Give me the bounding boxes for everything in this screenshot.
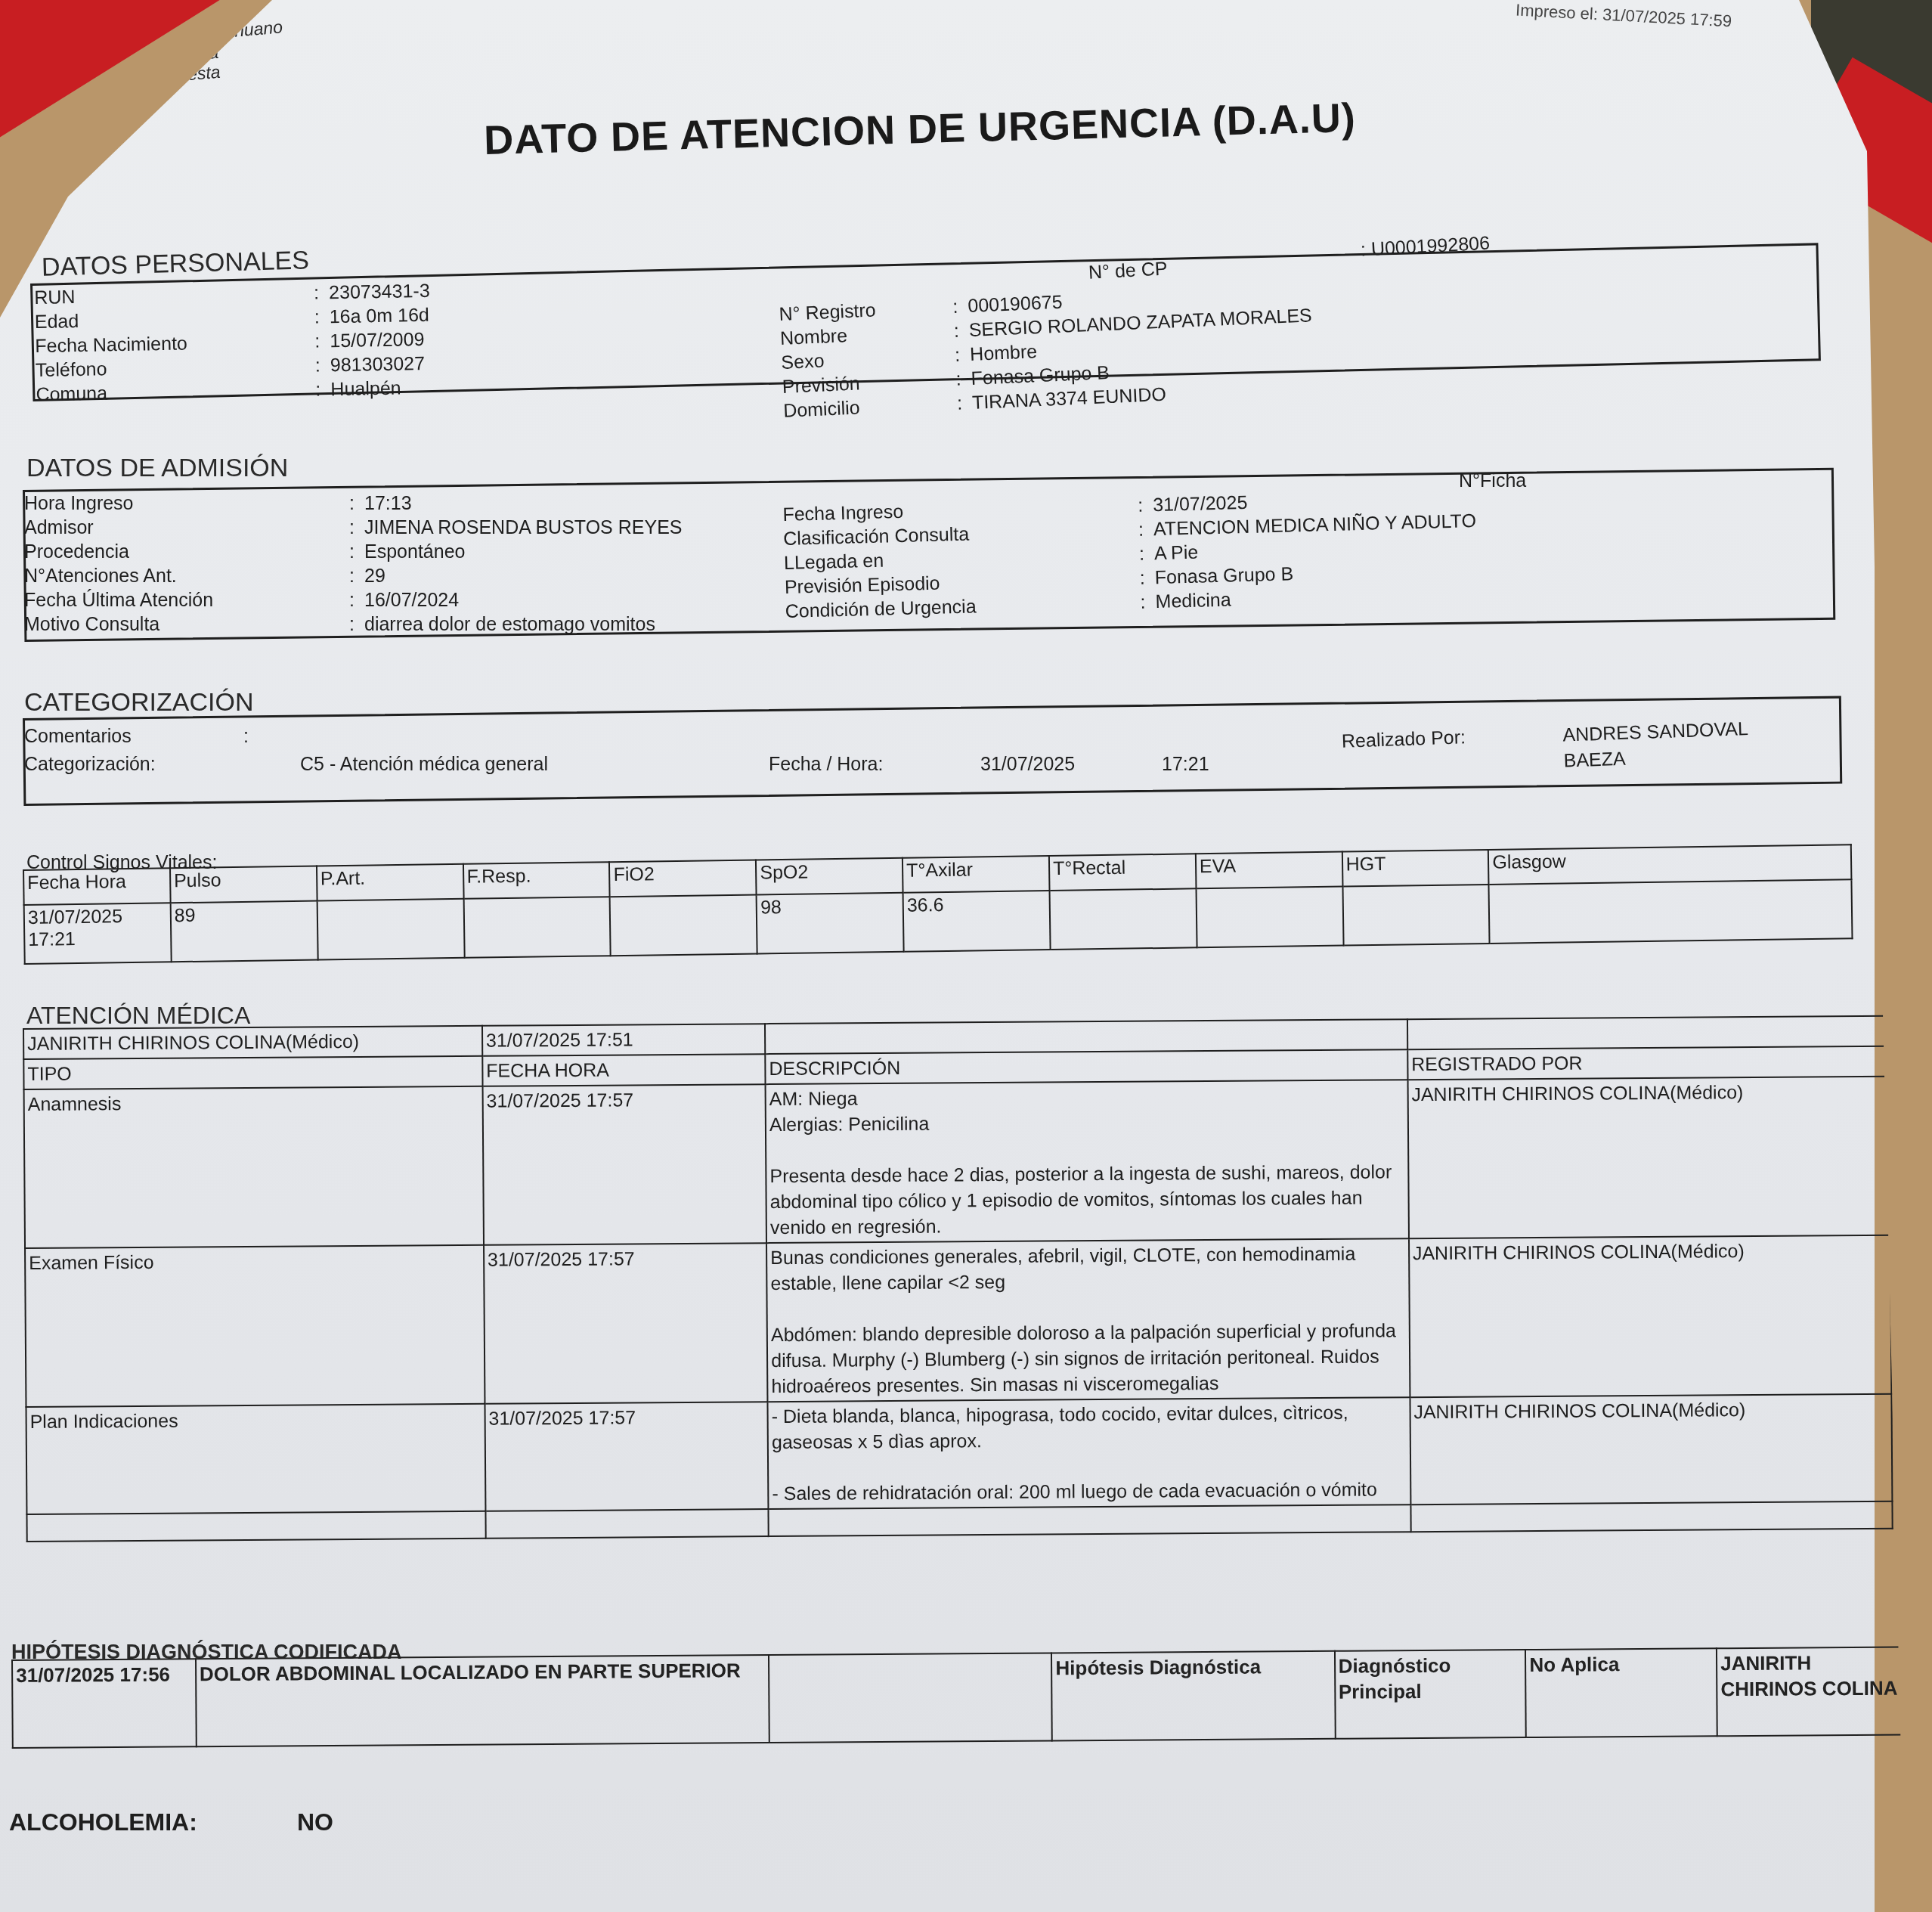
vitals-cell xyxy=(1489,879,1853,944)
comments-label: Comentarios xyxy=(24,724,243,748)
admission-section-title: DATOS DE ADMISIÓN xyxy=(26,454,288,483)
attending-datetime: 31/07/2025 17:51 xyxy=(482,1024,766,1056)
vitals-cell xyxy=(317,899,464,960)
vitals-cell xyxy=(610,894,757,956)
field-label: Procedencia xyxy=(24,540,349,564)
vitals-cell xyxy=(1196,887,1343,948)
field-label: Motivo Consulta xyxy=(24,612,349,637)
categorization-date: 31/07/2025 xyxy=(980,752,1162,776)
entry-description: - Dieta blanda, blanca, hipograsa, todo … xyxy=(768,1397,1411,1509)
empty-cell xyxy=(765,1019,1407,1054)
vitals-cell: 36.6 xyxy=(903,891,1051,952)
hypothesis-table: 31/07/2025 17:56 DOLOR ABDOMINAL LOCALIZ… xyxy=(11,1646,1909,1749)
field-value: JIMENA ROSENDA BUSTOS REYES xyxy=(364,516,682,540)
field-label: Hora Ingreso xyxy=(24,491,349,516)
entry-type: Examen Físico xyxy=(25,1245,485,1407)
vitals-header: Pulso xyxy=(170,866,317,903)
admission-left-fields: Hora Ingreso:17:13 Admisor:JIMENA ROSEND… xyxy=(24,491,682,637)
personal-right-fields: N° Registro:000190675 Nombre:SERGIO ROLA… xyxy=(779,279,1316,423)
printed-label: Impreso el: xyxy=(1516,1,1599,24)
field-value: Hombre xyxy=(970,339,1038,367)
vitals-header: Fecha Hora xyxy=(23,868,170,905)
datetime-label: Fecha / Hora: xyxy=(769,752,980,776)
hypothesis-code xyxy=(769,1653,1052,1743)
field-value: 17:13 xyxy=(364,491,412,516)
vitals-header: P.Art. xyxy=(317,864,463,901)
entry-description: AM: Niega Alergias: Penicilina Presenta … xyxy=(766,1080,1409,1243)
entry-datetime: 31/07/2025 17:57 xyxy=(484,1243,768,1404)
comments-row: Comentarios: xyxy=(24,724,259,748)
vitals-cell: 31/07/2025 17:21 xyxy=(24,903,172,964)
alcohol-value: NO xyxy=(297,1808,333,1836)
hypothesis-datetime: 31/07/2025 17:56 xyxy=(12,1659,197,1748)
field-value: Hualpén xyxy=(330,377,401,402)
attending-doctor: JANIRITH CHIRINOS COLINA(Médico) xyxy=(23,1026,482,1059)
personal-section-title: DATOS PERSONALES xyxy=(42,246,310,282)
categorization-time: 17:21 xyxy=(1162,752,1343,776)
vitals-header: EVA xyxy=(1196,852,1342,889)
document-page: Ministerio de Salud Servicio Salud Talca… xyxy=(0,0,1875,1912)
field-value: 16a 0m 16d xyxy=(329,303,429,329)
field-label: Fecha Última Atención xyxy=(24,588,349,612)
field-value: 29 xyxy=(364,564,385,588)
field-value: Espontáneo xyxy=(364,540,465,564)
hypothesis-principal: Diagnóstico Principal xyxy=(1334,1650,1526,1739)
entry-type: Anamnesis xyxy=(24,1086,484,1248)
col-header-fecha: FECHA HORA xyxy=(482,1054,766,1086)
field-value: 15/07/2009 xyxy=(330,327,425,353)
empty-cell xyxy=(1410,1501,1893,1532)
entry-registered-by: JANIRITH CHIRINOS COLINA(Médico) xyxy=(1409,1235,1892,1397)
col-header-registrado: REGISTRADO POR xyxy=(1407,1046,1890,1080)
printed-timestamp: Impreso el: 31/07/2025 17:59 xyxy=(1516,1,1732,32)
vitals-header: FiO2 xyxy=(609,860,756,897)
medical-entry-row: Plan Indicaciones 31/07/2025 17:57 - Die… xyxy=(26,1394,1892,1514)
admission-right-fields: Fecha Ingreso:31/07/2025 Clasificación C… xyxy=(782,485,1478,624)
entry-type: Plan Indicaciones xyxy=(26,1404,485,1514)
document-title: DATO DE ATENCION DE URGENCIA (D.A.U) xyxy=(483,95,1356,164)
hypothesis-diagnosis: DOLOR ABDOMINAL LOCALIZADO EN PARTE SUPE… xyxy=(196,1655,769,1746)
field-value: 16/07/2024 xyxy=(364,588,459,612)
field-label: N°Atenciones Ant. xyxy=(24,564,349,588)
medical-section-title: ATENCIÓN MÉDICA xyxy=(26,1002,250,1030)
field-value: A Pie xyxy=(1154,541,1199,566)
empty-cell xyxy=(26,1511,485,1542)
empty-cell xyxy=(485,1509,768,1539)
field-value: Medicina xyxy=(1155,588,1231,615)
vitals-header: SpO2 xyxy=(756,858,903,895)
vitals-cell xyxy=(1342,885,1490,946)
alcohol-field: ALCOHOLEMIA: NO xyxy=(9,1808,333,1836)
entry-datetime: 31/07/2025 17:57 xyxy=(485,1402,768,1511)
hypothesis-doctor: JANIRITH CHIRINOS COLINA xyxy=(1717,1647,1909,1736)
col-header-desc: DESCRIPCIÓN xyxy=(765,1049,1407,1084)
personal-left-fields: RUN:23073431-3 Edad:16a 0m 16d Fecha Nac… xyxy=(34,279,432,407)
hypothesis-type: Hipótesis Diagnóstica xyxy=(1051,1651,1335,1741)
entry-description: Bunas condiciones generales, afebril, vi… xyxy=(766,1238,1410,1402)
vitals-cell xyxy=(463,897,611,958)
field-value: 31/07/2025 xyxy=(1153,491,1248,517)
field-label: Comuna xyxy=(36,378,316,407)
entry-registered-by: JANIRITH CHIRINOS COLINA(Médico) xyxy=(1407,1077,1890,1238)
vitals-table: Fecha Hora Pulso P.Art. F.Resp. FiO2 SpO… xyxy=(23,844,1853,965)
vitals-header: F.Resp. xyxy=(463,862,609,899)
medical-entry-row: Examen Físico 31/07/2025 17:57 Bunas con… xyxy=(25,1235,1891,1407)
medical-entry-row: Anamnesis 31/07/2025 17:57 AM: Niega Ale… xyxy=(24,1077,1890,1248)
printed-value: 31/07/2025 17:59 xyxy=(1602,5,1732,31)
categorized-by-value: ANDRES SANDOVAL BAEZA xyxy=(1562,714,1806,773)
entry-registered-by: JANIRITH CHIRINOS COLINA(Médico) xyxy=(1410,1394,1892,1504)
entry-datetime: 31/07/2025 17:57 xyxy=(482,1084,766,1245)
field-label: Admisor xyxy=(24,516,349,540)
categorized-by-label: Realizado Por: xyxy=(1341,725,1466,754)
categorization-value: C5 - Atención médica general xyxy=(300,752,769,776)
alcohol-label: ALCOHOLEMIA: xyxy=(9,1808,290,1836)
categorization-label: Categorización: xyxy=(24,752,300,776)
field-value: Fonasa Grupo B xyxy=(1154,562,1293,590)
field-value: diarrea dolor de estomago vomitos xyxy=(364,612,655,637)
hypothesis-row: 31/07/2025 17:56 DOLOR ABDOMINAL LOCALIZ… xyxy=(12,1647,1909,1748)
medical-table: JANIRITH CHIRINOS COLINA(Médico) 31/07/2… xyxy=(23,1015,1893,1542)
vitals-header: HGT xyxy=(1342,850,1488,887)
field-value: 23073431-3 xyxy=(329,279,430,305)
vitals-cell: 98 xyxy=(757,893,904,954)
categorization-section-title: CATEGORIZACIÓN xyxy=(24,688,254,717)
empty-cell xyxy=(1407,1016,1890,1049)
categorization-row: Categorización: C5 - Atención médica gen… xyxy=(24,752,1343,776)
vitals-cell xyxy=(1049,888,1197,950)
vitals-header: T°Rectal xyxy=(1049,854,1196,891)
vitals-cell: 89 xyxy=(170,901,317,962)
field-value: 981303027 xyxy=(330,352,426,377)
hypothesis-applies: No Aplica xyxy=(1525,1648,1717,1737)
vitals-header: Glasgow xyxy=(1488,844,1851,885)
vitals-header: T°Axilar xyxy=(903,856,1049,893)
col-header-tipo: TIPO xyxy=(23,1056,482,1089)
empty-cell xyxy=(769,1504,1411,1536)
